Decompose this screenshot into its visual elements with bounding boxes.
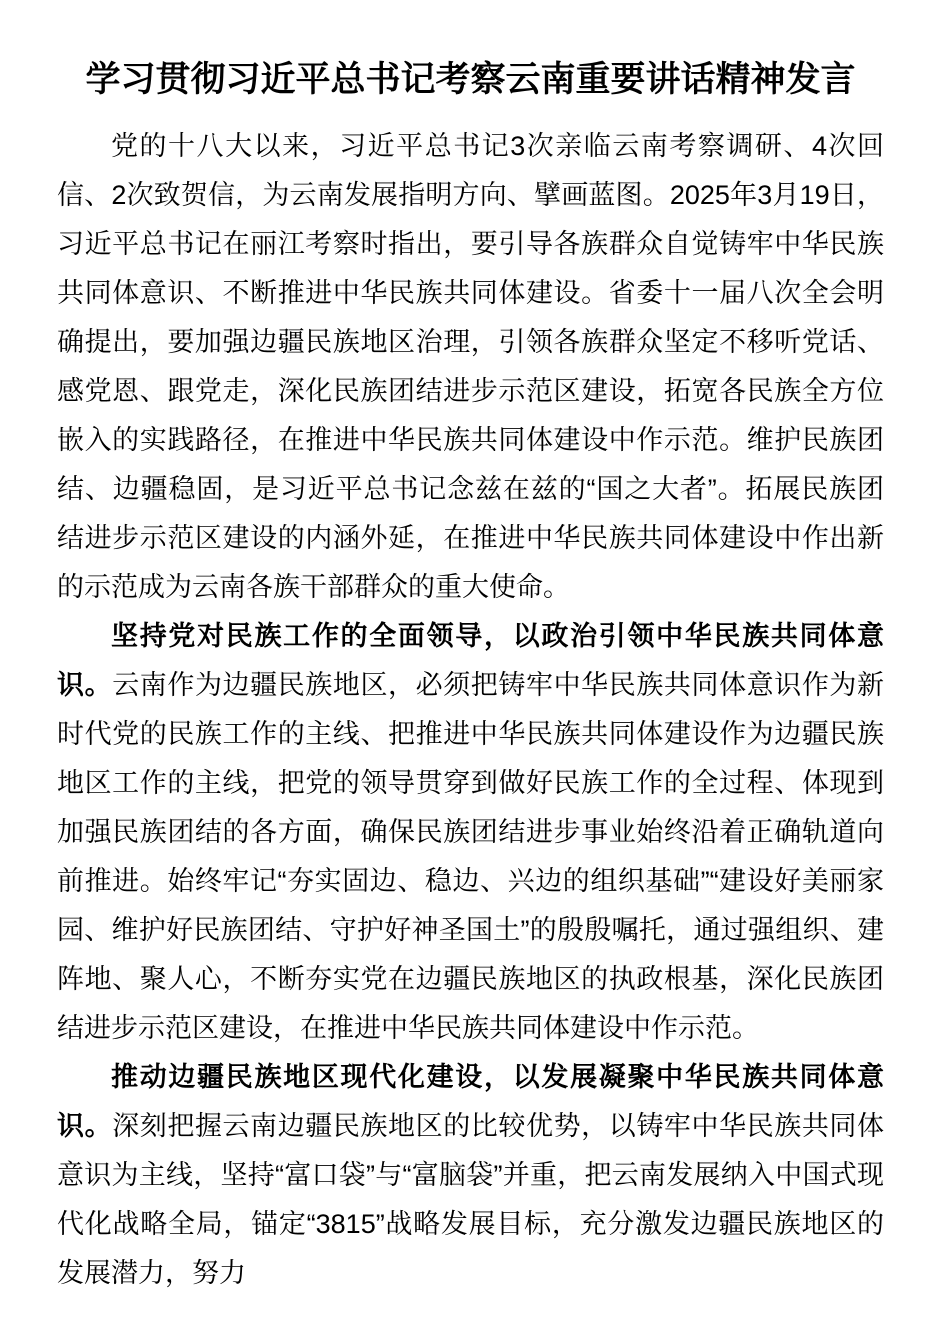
paragraph-party-leadership: 坚持党对民族工作的全面领导，以政治引领中华民族共同体意识。云南作为边疆民族地区，…	[57, 612, 884, 1053]
paragraph-modernization-text: 深刻把握云南边疆民族地区的比较优势，以铸牢中华民族共同体意识为主线，坚持“富口袋…	[57, 1111, 884, 1288]
document-page: 学习贯彻习近平总书记考察云南重要讲话精神发言 党的十八大以来，习近平总书记3次亲…	[0, 0, 950, 1344]
paragraph-modernization: 推动边疆民族地区现代化建设，以发展凝聚中华民族共同体意识。深刻把握云南边疆民族地…	[57, 1053, 884, 1298]
paragraph-party-leadership-text: 云南作为边疆民族地区，必须把铸牢中华民族共同体意识作为新时代党的民族工作的主线、…	[57, 670, 884, 1043]
paragraph-intro-text: 党的十八大以来，习近平总书记3次亲临云南考察调研、4次回信、2次致贺信，为云南发…	[57, 131, 884, 602]
document-title: 学习贯彻习近平总书记考察云南重要讲话精神发言	[57, 58, 884, 102]
paragraph-intro: 党的十八大以来，习近平总书记3次亲临云南考察调研、4次回信、2次致贺信，为云南发…	[57, 122, 884, 612]
